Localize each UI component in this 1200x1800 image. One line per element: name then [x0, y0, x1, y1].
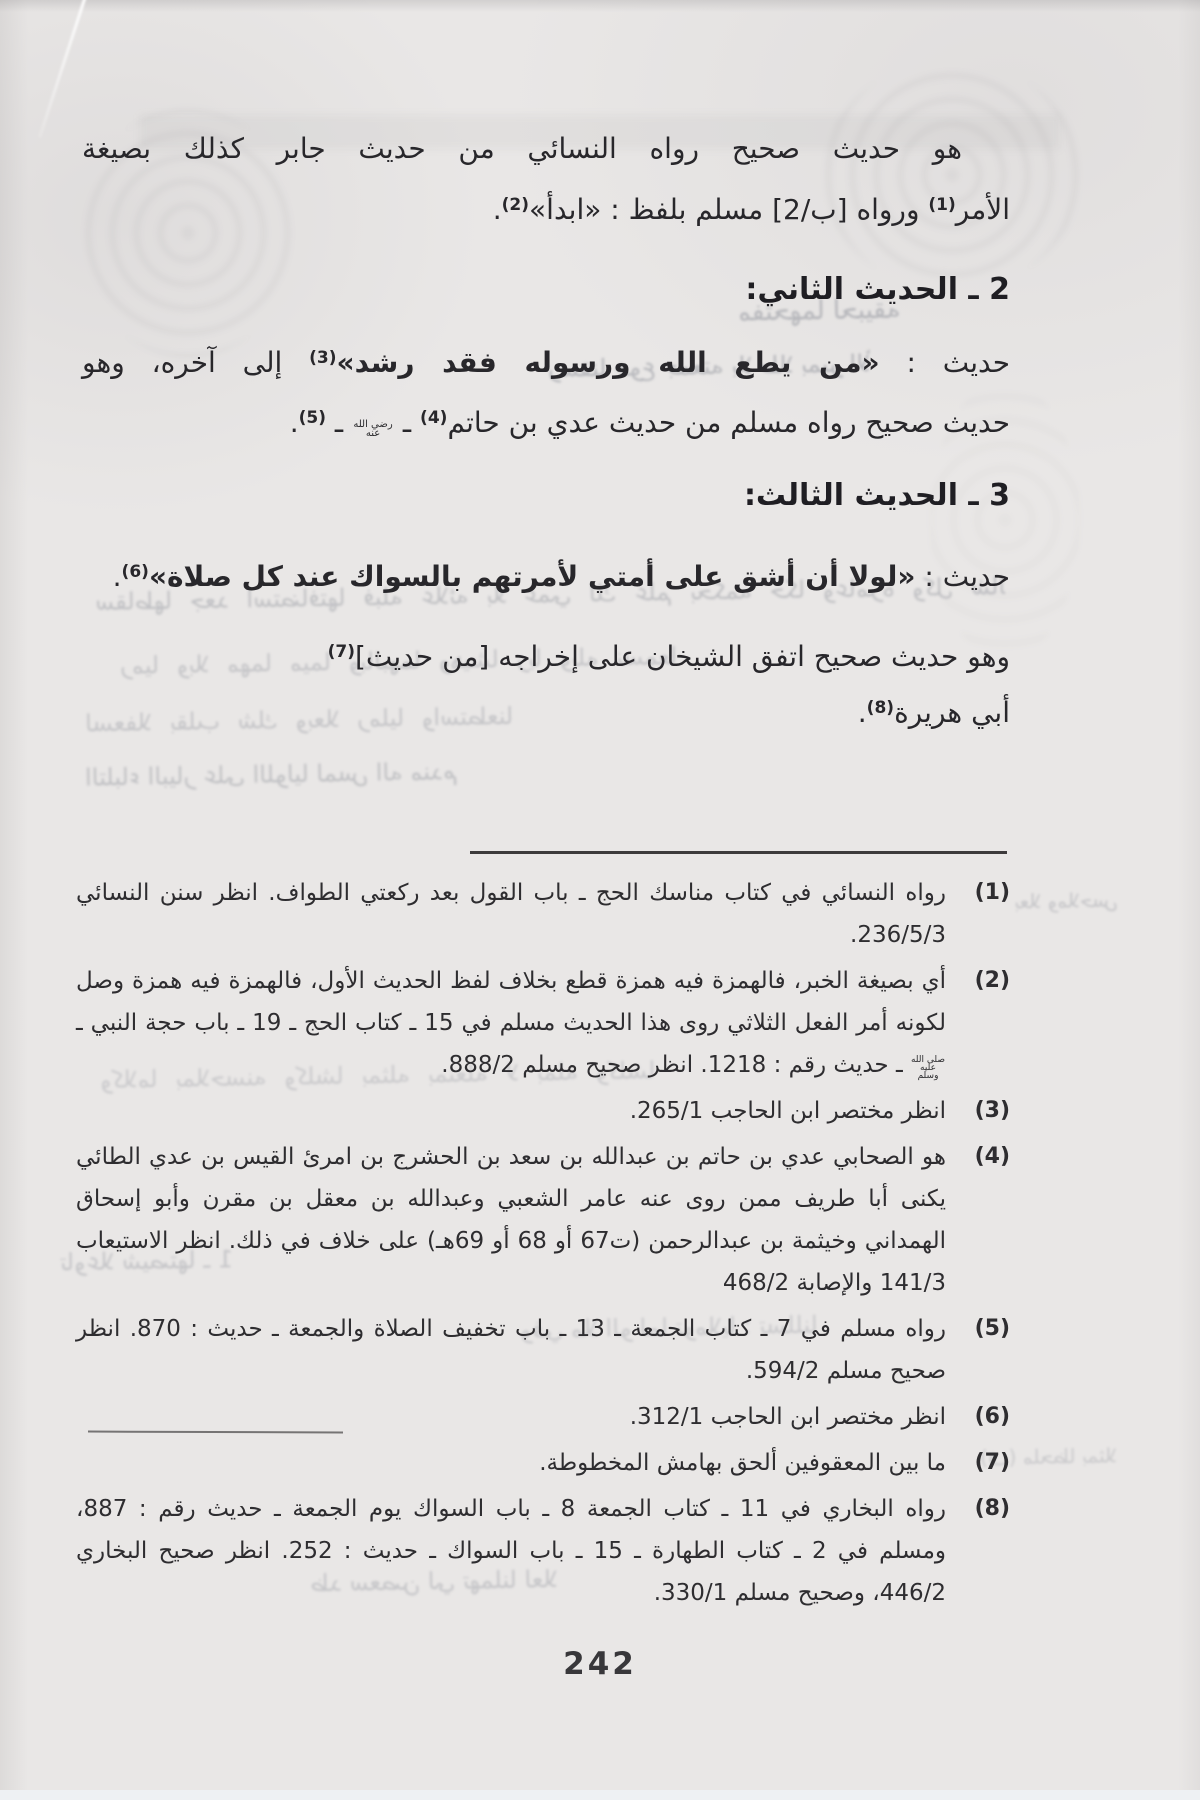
- footnote-text: هو الصحابي عدي بن حاتم بن عبدالله بن سعد…: [76, 1136, 946, 1304]
- body-text: إلى آخره، وهو: [82, 346, 309, 379]
- footnote-4: (4) هو الصحابي عدي بن حاتم بن عبدالله بن…: [76, 1136, 1010, 1304]
- body-text: حديث :: [915, 560, 1010, 593]
- footnote-8: (8) رواه البخاري في 11 ـ كتاب الجمعة 8 ـ…: [76, 1488, 1010, 1614]
- paragraph-4-line-1: وهو حديث صحيح اتفق الشيخان على إخراجه [م…: [82, 624, 1010, 685]
- hadith-quote: «من يطع الله ورسوله فقد رشد»: [337, 346, 880, 379]
- hadith-quote: «لولا أن أشق على أمتي لأمرتهم بالسواك عن…: [149, 560, 916, 593]
- footnote-ref-5: (5): [299, 408, 326, 428]
- footnote-ref-3: (3): [309, 348, 336, 368]
- footnote-number: (7): [958, 1442, 1010, 1484]
- footnote-ref-4: (4): [420, 408, 447, 428]
- footnote-ref-8: (8): [867, 698, 894, 718]
- footnote-number: (2): [958, 960, 1010, 1086]
- footnote-text: ما بين المعقوفين ألحق بهامش المخطوطة.: [76, 1442, 946, 1484]
- footnote-text: رواه النسائي في كتاب مناسك الحج ـ باب ال…: [76, 872, 946, 956]
- footnote-text-run: انظر مختصر ابن الحاجب 265/1.: [630, 1098, 946, 1124]
- body-text: ـ: [394, 406, 420, 439]
- footnotes-block: (1) رواه النسائي في كتاب مناسك الحج ـ با…: [76, 872, 1010, 1618]
- footnote-text-run: هو الصحابي عدي بن حاتم بن عبدالله بن سعد…: [76, 1144, 946, 1296]
- body-text: وهو حديث صحيح اتفق الشيخان على إخراجه [م…: [355, 640, 1010, 673]
- footnote-number: (8): [958, 1488, 1010, 1614]
- footnote-text-run: رواه النسائي في كتاب مناسك الحج ـ باب ال…: [76, 880, 946, 948]
- body-text: حديث صحيح رواه مسلم من حديث عدي بن حاتم: [447, 406, 1010, 439]
- footnote-text: أي بصيغة الخبر، فالهمزة فيه همزة قطع بخل…: [76, 960, 946, 1086]
- footnote-number: (4): [958, 1136, 1010, 1304]
- paragraph-4-line-2: أبي هريرة(8).: [82, 680, 1010, 741]
- footnote-text: رواه مسلم في 7 ـ كتاب الجمعة ـ 13 ـ باب …: [76, 1308, 946, 1392]
- paragraph-2-line-2: حديث صحيح رواه مسلم من حديث عدي بن حاتم(…: [82, 390, 1010, 451]
- footnote-text: انظر مختصر ابن الحاجب 265/1.: [76, 1090, 946, 1132]
- footnote-3: (3) انظر مختصر ابن الحاجب 265/1.: [76, 1090, 1010, 1132]
- footnote-text-run: انظر مختصر ابن الحاجب 312/1.: [630, 1404, 946, 1430]
- body-text: ورواه: [848, 193, 929, 226]
- quoted-word: «ابدأ»: [529, 193, 601, 226]
- scan-bottom-edge: [0, 1790, 1200, 1800]
- footnote-ref-7: (7): [328, 642, 355, 662]
- footnote-text-run: ما بين المعقوفين ألحق بهامش المخطوطة.: [539, 1450, 946, 1476]
- body-text: الأمر: [956, 193, 1010, 226]
- honorific-radi-allahu-anhu: رضي الله عنه: [352, 420, 394, 438]
- footnote-text: رواه البخاري في 11 ـ كتاب الجمعة 8 ـ باب…: [76, 1488, 946, 1614]
- paragraph-1-line-1: هو حديث صحيح رواه النسائي من حديث جابر ك…: [82, 120, 1010, 177]
- footnote-5: (5) رواه مسلم في 7 ـ كتاب الجمعة ـ 13 ـ …: [76, 1308, 1010, 1392]
- footnote-separator-rule: [470, 851, 1007, 854]
- footnote-number: (1): [958, 872, 1010, 956]
- body-text: ـ: [326, 406, 352, 439]
- footnote-ref-1: (1): [928, 195, 955, 215]
- bleedthrough-scribble: بعلا وملاحس: [1014, 887, 1174, 914]
- body-text: .: [113, 560, 122, 593]
- body-text: هو حديث صحيح رواه النسائي من حديث جابر ك…: [82, 132, 962, 165]
- body-text: حديث :: [880, 346, 1010, 379]
- footnote-1: (1) رواه النسائي في كتاب مناسك الحج ـ با…: [76, 872, 1010, 956]
- body-text: .: [858, 696, 867, 729]
- paragraph-1-line-2: الأمر(1) ورواه [2/ب] مسلم بلفظ : «ابدأ»(…: [82, 177, 1010, 238]
- body-text: .: [493, 193, 502, 226]
- footnote-text-run: أي بصيغة الخبر، فالهمزة فيه همزة قطع بخل…: [76, 968, 946, 1036]
- footnote-number: (6): [958, 1396, 1010, 1438]
- paragraph-3-line-1: حديث : «لولا أن أشق على أمتي لأمرتهم بال…: [82, 544, 1010, 605]
- body-text: .: [290, 406, 299, 439]
- footnote-2: (2) أي بصيغة الخبر، فالهمزة فيه همزة قطع…: [76, 960, 1010, 1086]
- honorific-salla-allahu-alayhi-wasallam: صلى الله عليه وسلم: [910, 1056, 946, 1080]
- footnote-text-run: ـ حديث رقم : 1218. انظر صحيح مسلم 888/2.: [441, 1052, 910, 1078]
- footnote-7: (7) ما بين المعقوفين ألحق بهامش المخطوطة…: [76, 1442, 1010, 1484]
- section-heading-hadith-2: 2 ـ الحديث الثاني:: [745, 272, 1010, 307]
- footnote-ref-2: (2): [502, 195, 529, 215]
- section-heading-hadith-3: 3 ـ الحديث الثالث:: [744, 478, 1010, 513]
- body-text: مسلم بلفظ :: [601, 193, 772, 226]
- scanned-book-page: { "main": { "p1_l1": "هو حديث صحيح رواه …: [0, 0, 1200, 1800]
- footnote-text-run: رواه مسلم في 7 ـ كتاب الجمعة ـ 13 ـ باب …: [76, 1316, 946, 1384]
- paragraph-2-line-1: حديث : «من يطع الله ورسوله فقد رشد»(3) إ…: [82, 330, 1010, 391]
- page-number: 242: [0, 1646, 1200, 1682]
- footnote-number: (5): [958, 1308, 1010, 1392]
- folio-marker: [2/ب]: [772, 193, 847, 226]
- footnote-text-run: رواه البخاري في 11 ـ كتاب الجمعة 8 ـ باب…: [76, 1496, 946, 1606]
- footnote-number: (3): [958, 1090, 1010, 1132]
- footnote-ref-6: (6): [122, 562, 149, 582]
- body-text: أبي هريرة: [894, 696, 1010, 729]
